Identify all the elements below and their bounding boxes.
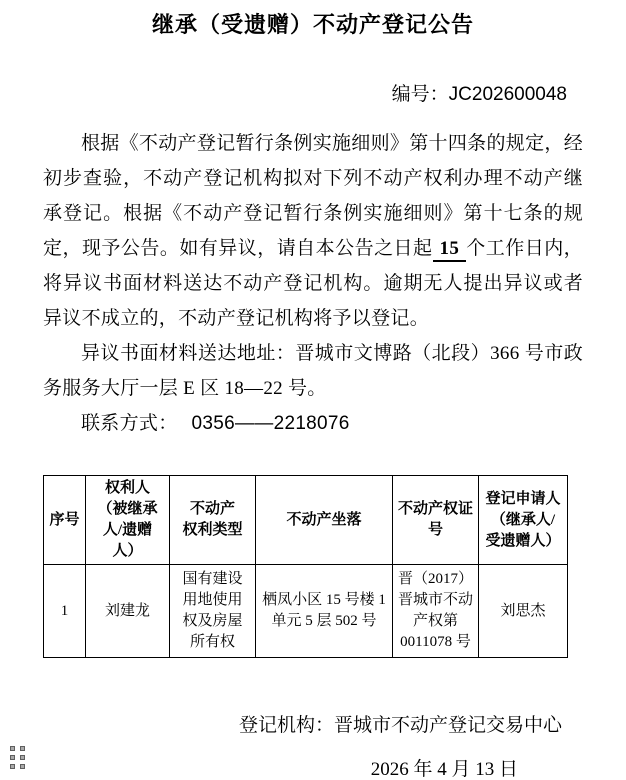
grip-dot: [20, 764, 25, 769]
doc-number-value: JC202600048: [449, 84, 567, 105]
table-header-row: 序号 权利人 （被继承 人/遗赠 人） 不动产 权利类型 不动产坐落 不动产权证…: [44, 476, 568, 565]
doc-number-line: 编号：JC202600048: [0, 79, 567, 106]
header-right-type: 不动产 权利类型: [170, 476, 256, 565]
contact-label: 联系方式：: [81, 413, 178, 434]
header-right-holder: 权利人 （被继承 人/遗赠 人）: [86, 476, 170, 565]
paragraph-legal-basis: 根据《不动产登记暂行条例实施细则》第十四条的规定，经初步查验，不动产登记机构拟对…: [43, 126, 583, 336]
cell-certificate-number: 晋（2017） 晋城市不动 产权第 0011078 号: [393, 565, 479, 658]
header-property-location: 不动产坐落: [256, 476, 393, 565]
cell-serial-number: 1: [44, 565, 86, 658]
grip-dot: [10, 746, 15, 751]
cell-applicant: 刘思杰: [479, 565, 568, 658]
header-applicant: 登记申请人 （继承人/ 受遗赠人）: [479, 476, 568, 565]
notice-document: 继承（受遗赠）不动产登记公告 编号：JC202600048 根据《不动产登记暂行…: [0, 0, 626, 780]
grip-dot: [20, 746, 25, 751]
registration-authority-line: 登记机构：晋城市不动产登记交易中心: [0, 710, 562, 737]
grip-dot: [10, 755, 15, 760]
contact-phone: 0356——2218076: [192, 413, 350, 434]
cell-property-location: 栖凤小区 15 号楼 1 单元 5 层 502 号: [256, 565, 393, 658]
authority-label: 登记机构：: [239, 715, 334, 736]
header-certificate-number: 不动产权证号: [393, 476, 479, 565]
deadline-days: 15: [433, 238, 467, 262]
notice-date: 2026 年 4 月 13 日: [0, 754, 518, 780]
registration-table: 序号 权利人 （被继承 人/遗赠 人） 不动产 权利类型 不动产坐落 不动产权证…: [43, 475, 568, 658]
table-row: 1 刘建龙 国有建设 用地使用 权及房屋 所有权 栖凤小区 15 号楼 1 单元…: [44, 565, 568, 658]
page-title: 继承（受遗赠）不动产登记公告: [0, 0, 626, 39]
header-serial-number: 序号: [44, 476, 86, 565]
grip-dot: [10, 764, 15, 769]
paragraph-delivery-address: 异议书面材料送达地址：晋城市文博路（北段）366 号市政务服务大厅一层 E 区 …: [43, 336, 583, 406]
doc-number-label: 编号：: [392, 84, 449, 105]
grip-dot: [20, 755, 25, 760]
paragraph-contact: 联系方式：0356——2218076: [43, 406, 583, 441]
notice-footer: 登记机构：晋城市不动产登记交易中心 2026 年 4 月 13 日: [0, 710, 626, 780]
cell-right-type: 国有建设 用地使用 权及房屋 所有权: [170, 565, 256, 658]
notice-body: 根据《不动产登记暂行条例实施细则》第十四条的规定，经初步查验，不动产登记机构拟对…: [43, 126, 583, 441]
grip-dots-icon[interactable]: [10, 746, 25, 769]
cell-right-holder: 刘建龙: [86, 565, 170, 658]
authority-name: 晋城市不动产登记交易中心: [334, 715, 562, 736]
